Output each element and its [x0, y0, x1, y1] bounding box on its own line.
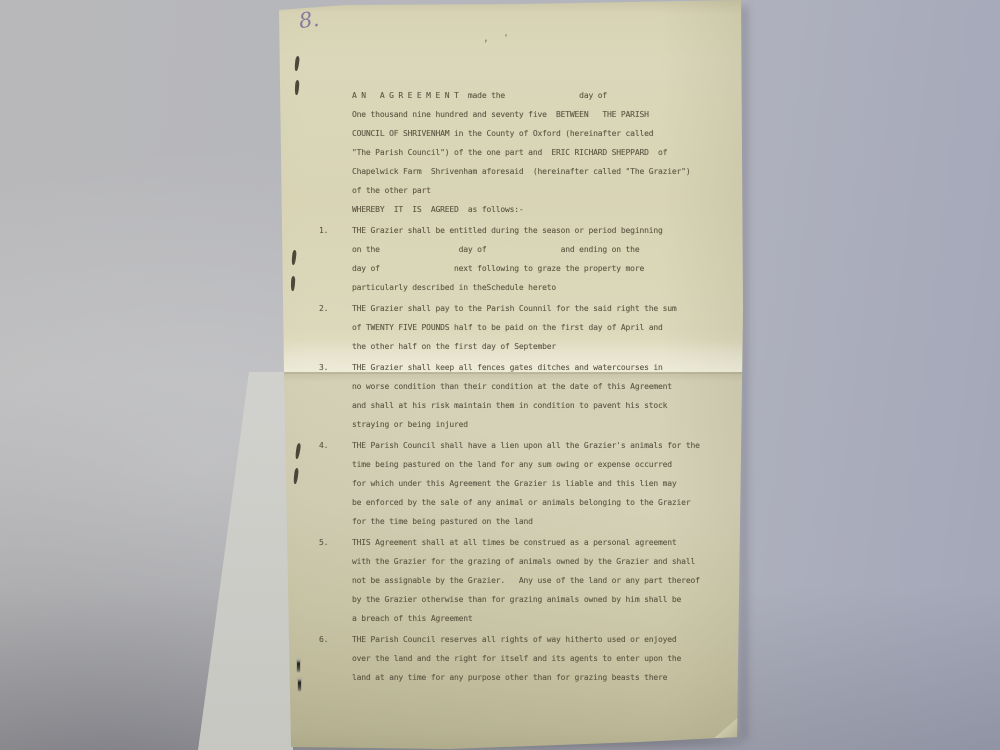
line-text: a breach of this Agreement: [352, 614, 473, 623]
line-text: A N A G R E E M E N T made the day of: [352, 91, 607, 100]
photo-background: 8. ,' A N A G R E E M E N T made the day…: [0, 0, 1000, 750]
line-text: be enforced by the sale of any animal or…: [352, 498, 690, 507]
document-line: 2.THE Grazier shall pay to the Parish Co…: [352, 299, 772, 318]
line-text: THE Grazier shall keep all fences gates …: [352, 363, 663, 372]
stray-mark: ,: [483, 33, 489, 44]
ink-mark: [291, 276, 296, 291]
line-text: One thousand nine hundred and seventy fi…: [352, 110, 649, 119]
line-text: day of next following to graze the prope…: [352, 264, 644, 273]
document-line: One thousand nine hundred and seventy fi…: [352, 105, 772, 124]
document-line: and shall at his risk maintain them in c…: [352, 396, 772, 415]
document-line: be enforced by the sale of any animal or…: [352, 493, 772, 512]
document-line: 5.THIS Agreement shall at all times be c…: [352, 533, 772, 552]
document-line: the other half on the first day of Septe…: [352, 337, 772, 356]
document-line: time being pastured on the land for any …: [352, 455, 772, 474]
line-text: COUNCIL OF SHRIVENHAM in the County of O…: [352, 129, 653, 138]
document-line: WHEREBY IT IS AGREED as follows:-: [352, 200, 772, 219]
line-text: THE Grazier shall be entitled during the…: [352, 226, 663, 235]
document-line: with the Grazier for the grazing of anim…: [352, 552, 772, 571]
line-text: time being pastured on the land for any …: [352, 460, 672, 469]
line-text: straying or being injured: [352, 420, 468, 429]
line-text: over the land and the right for itself a…: [352, 654, 681, 663]
document-line: 3.THE Grazier shall keep all fences gate…: [352, 358, 772, 377]
corner-curl: [712, 714, 742, 740]
line-text: THE Parish Council reserves all rights o…: [352, 635, 677, 644]
typewriter-stray-marks: ,': [483, 33, 509, 44]
document-line: on the day of and ending on the: [352, 240, 772, 259]
staple: [297, 659, 300, 672]
document-line: land at any time for any purpose other t…: [352, 668, 772, 687]
document-line: over the land and the right for itself a…: [352, 649, 772, 668]
document-line: not be assignable by the Grazier. Any us…: [352, 571, 772, 590]
stray-mark: ': [503, 33, 509, 44]
line-text: of the other part: [352, 186, 431, 195]
line-text: particularly described in theSchedule he…: [352, 283, 556, 292]
ink-mark: [295, 443, 301, 459]
line-text: THE Grazier shall pay to the Parish Coun…: [352, 304, 677, 313]
document-line: no worse condition than their condition …: [352, 377, 772, 396]
ink-mark: [294, 56, 300, 71]
clause-number: 4.: [319, 436, 328, 455]
line-text: with the Grazier for the grazing of anim…: [352, 557, 695, 566]
line-text: on the day of and ending on the: [352, 245, 639, 254]
staple: [298, 678, 301, 691]
line-text: THE Parish Council shall have a lien upo…: [352, 441, 700, 450]
line-text: "The Parish Council") of the one part an…: [352, 148, 667, 157]
line-text: not be assignable by the Grazier. Any us…: [352, 576, 700, 585]
line-text: Chapelwick Farm Shrivenham aforesaid (he…: [352, 167, 690, 176]
document-line: COUNCIL OF SHRIVENHAM in the County of O…: [352, 124, 772, 143]
line-text: THIS Agreement shall at all times be con…: [352, 538, 677, 547]
document-line: A N A G R E E M E N T made the day of: [352, 86, 772, 105]
clause-number: 3.: [319, 358, 328, 377]
line-text: and shall at his risk maintain them in c…: [352, 401, 667, 410]
line-text: WHEREBY IT IS AGREED as follows:-: [352, 205, 524, 214]
clause-number: 2.: [319, 299, 328, 318]
line-text: the other half on the first day of Septe…: [352, 342, 556, 351]
document-line: "The Parish Council") of the one part an…: [352, 143, 772, 162]
line-text: for which under this Agreement the Grazi…: [352, 479, 677, 488]
document-line: by the Grazier otherwise than for grazin…: [352, 590, 772, 609]
agreement-sheet: 8. ,' A N A G R E E M E N T made the day…: [0, 0, 1000, 750]
line-text: no worse condition than their condition …: [352, 382, 672, 391]
document-line: for the time being pastured on the land: [352, 512, 772, 531]
line-text: by the Grazier otherwise than for grazin…: [352, 595, 681, 604]
document-line: 1.THE Grazier shall be entitled during t…: [352, 221, 772, 240]
document-line: of TWENTY FIVE POUNDS half to be paid on…: [352, 318, 772, 337]
clause-number: 6.: [319, 630, 328, 649]
document-line: straying or being injured: [352, 415, 772, 434]
line-text: for the time being pastured on the land: [352, 517, 533, 526]
ink-mark: [294, 80, 299, 95]
line-text: of TWENTY FIVE POUNDS half to be paid on…: [352, 323, 663, 332]
document-line: particularly described in theSchedule he…: [352, 278, 772, 297]
ink-mark: [293, 468, 299, 484]
ink-mark: [291, 250, 297, 265]
line-text: land at any time for any purpose other t…: [352, 673, 667, 682]
document-line: for which under this Agreement the Grazi…: [352, 474, 772, 493]
document-lines: A N A G R E E M E N T made the day ofOne…: [352, 86, 772, 687]
document-line: day of next following to graze the prope…: [352, 259, 772, 278]
document-line: 6.THE Parish Council reserves all rights…: [352, 630, 772, 649]
handwritten-page-number: 8.: [298, 7, 321, 33]
document-line: 4.THE Parish Council shall have a lien u…: [352, 436, 772, 455]
document-line: of the other part: [352, 181, 772, 200]
clause-number: 5.: [319, 533, 328, 552]
clause-number: 1.: [319, 221, 328, 240]
document-line: Chapelwick Farm Shrivenham aforesaid (he…: [352, 162, 772, 181]
document-line: a breach of this Agreement: [352, 609, 772, 628]
